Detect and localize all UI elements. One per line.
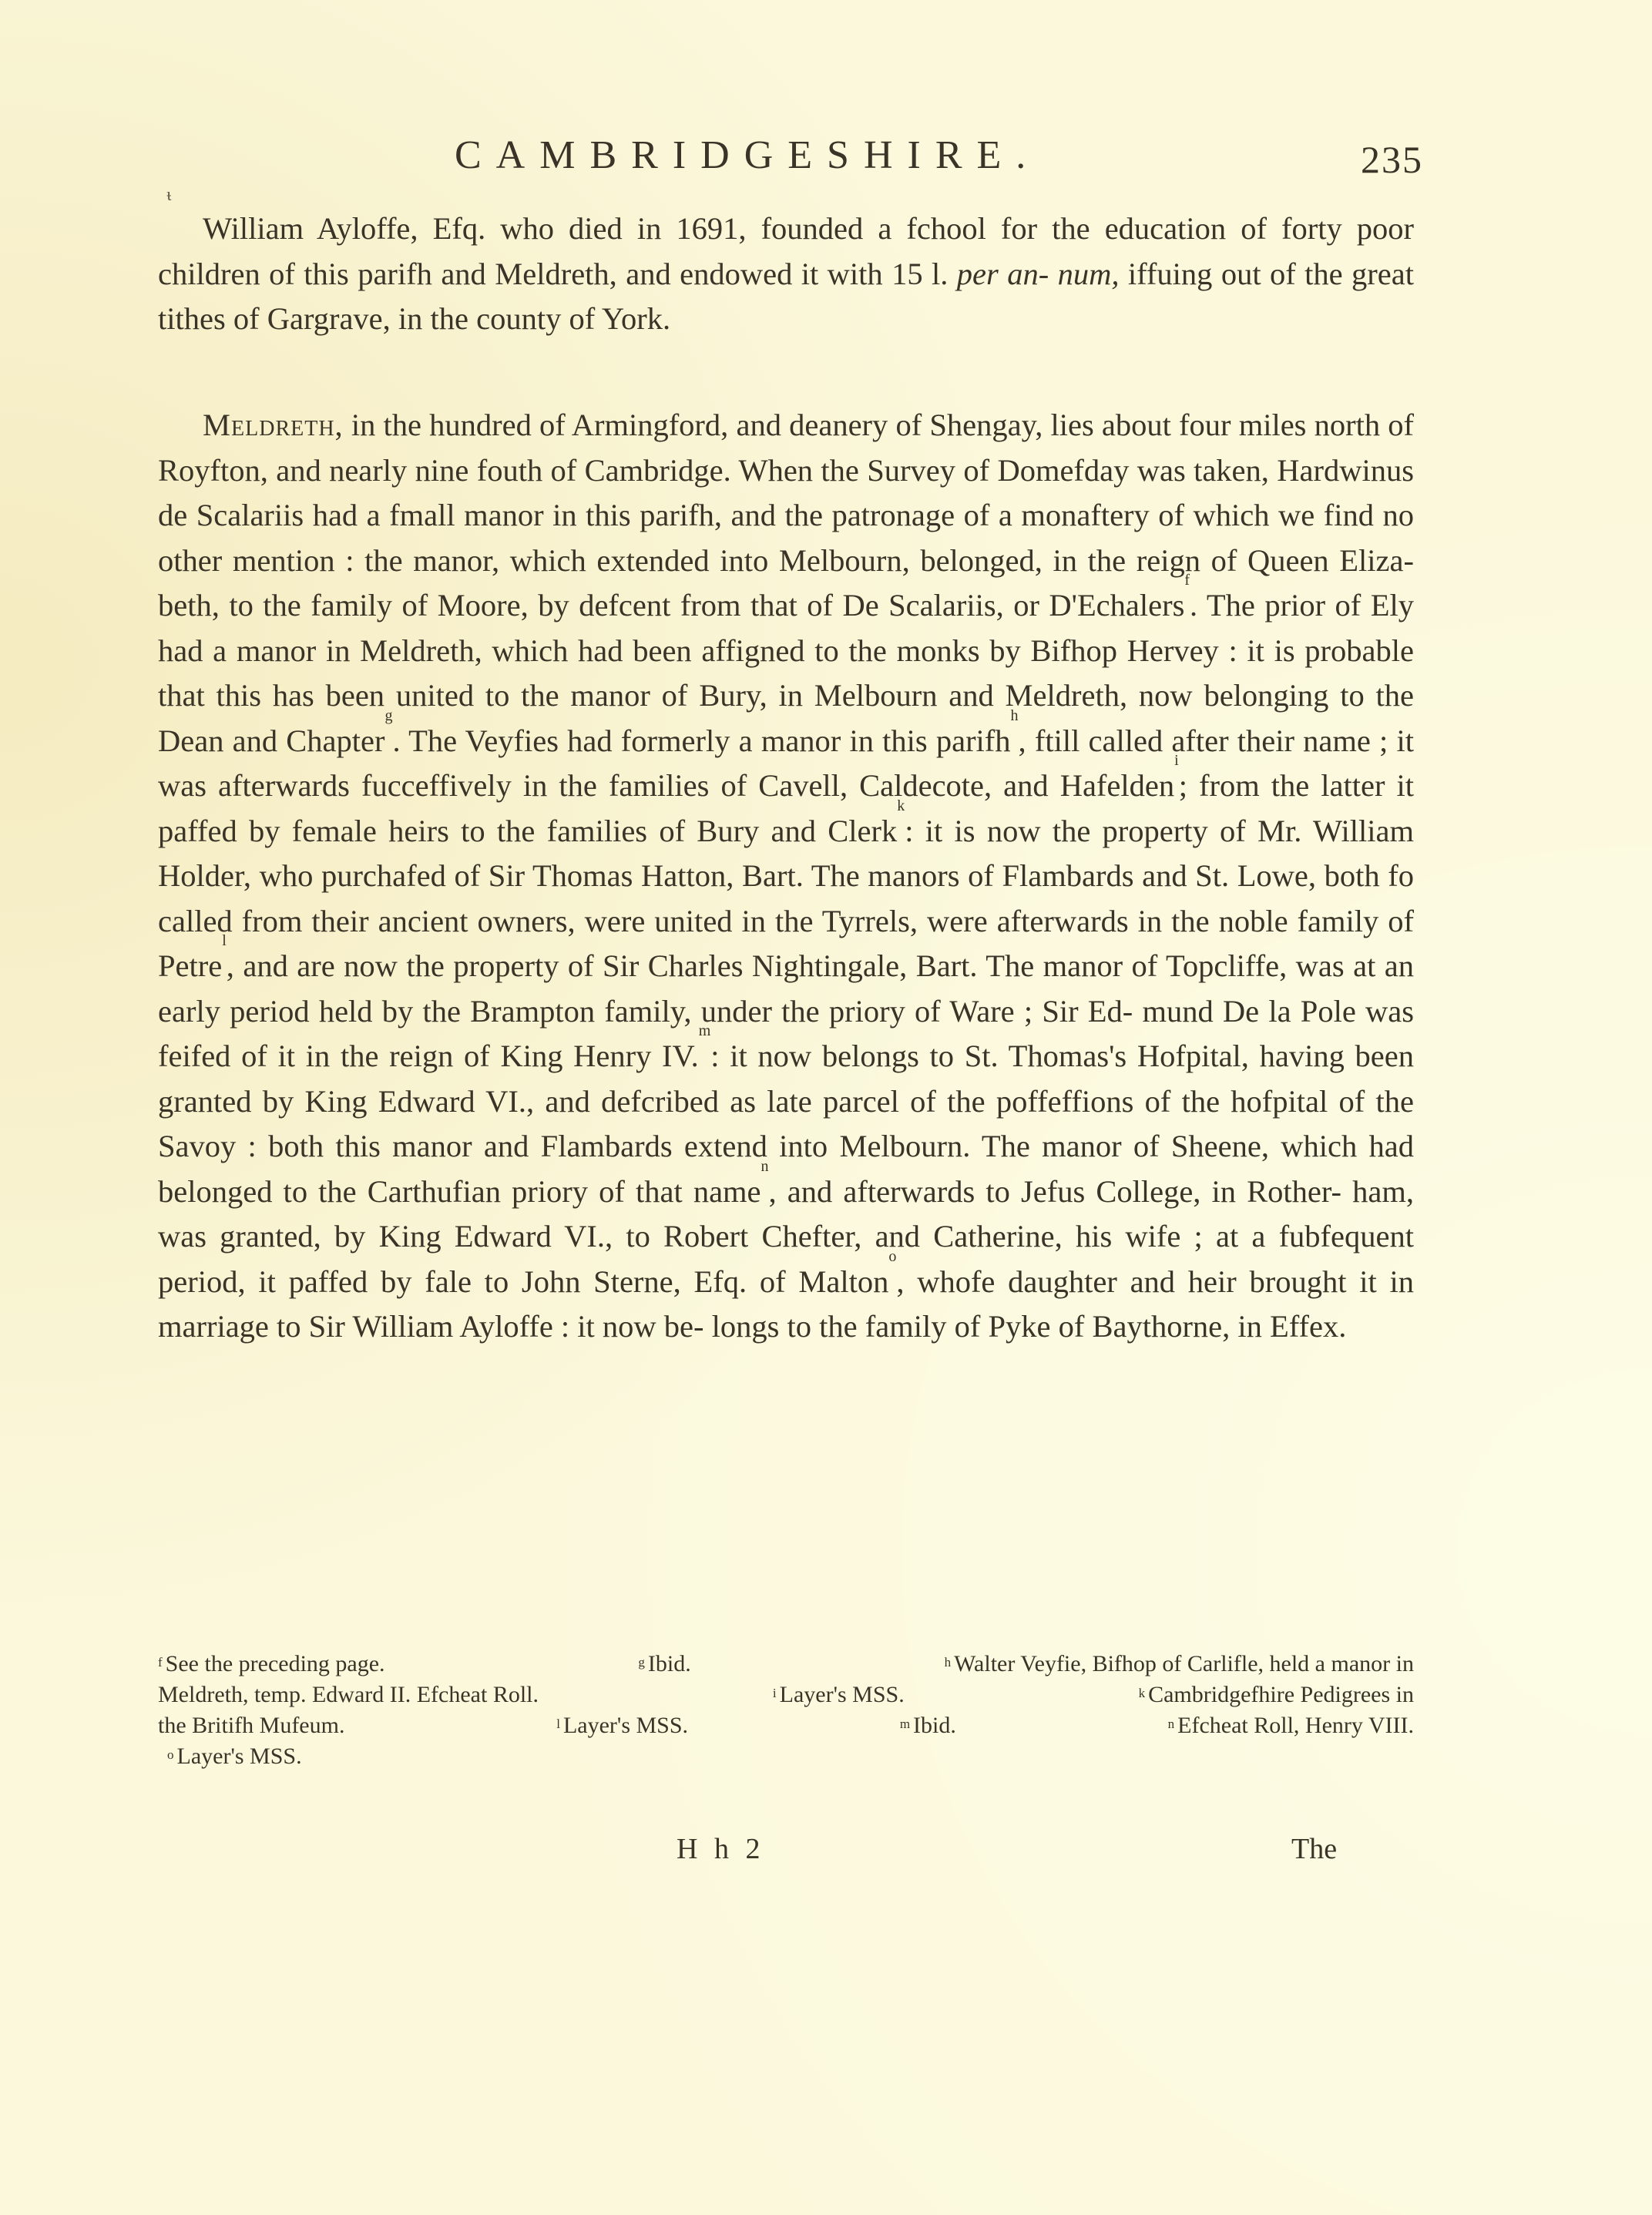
footnote-text: Layer's MSS. <box>563 1713 688 1738</box>
footnote-line-2: Meldreth, temp. Edward II. Efcheat Roll.… <box>158 1680 1414 1710</box>
footnote-k: kCambridgefhire Pedigrees in <box>1139 1680 1414 1710</box>
footnote-text: Layer's MSS. <box>177 1743 302 1769</box>
footnote-ref-g[interactable]: g <box>385 707 393 724</box>
footnote-text: Cambridgefhire Pedigrees in <box>1148 1682 1414 1707</box>
place-heading-meldreth: Meldreth, <box>203 408 344 442</box>
signature-mark: H h 2 <box>677 1832 764 1866</box>
running-head: CAMBRIDGESHIRE. <box>455 133 1040 178</box>
footnote-text: See the preceding page. <box>166 1651 385 1676</box>
footnote-ref-m[interactable]: m <box>699 1022 711 1039</box>
footnote-i: iLayer's MSS. <box>773 1680 905 1710</box>
footnote-n: nEfcheat Roll, Henry VIII. <box>1168 1710 1414 1741</box>
footnote-text: Walter Veyfie, Bifhop of Carlifle, held … <box>954 1651 1414 1676</box>
catchword: The <box>1291 1832 1337 1866</box>
footnote-k-continued: the Britifh Mufeum. <box>158 1710 344 1741</box>
footnote-mark: g <box>638 1655 645 1670</box>
footnote-ref-f[interactable]: f <box>1184 572 1190 589</box>
footnote-text: Layer's MSS. <box>780 1682 905 1707</box>
paragraph-meldreth: Meldreth, in the hundred of Armingford, … <box>158 403 1414 1350</box>
footnote-mark: h <box>945 1655 952 1670</box>
footnote-h: hWalter Veyfie, Bifhop of Carlifle, held… <box>945 1649 1414 1680</box>
footnote-mark: o <box>167 1747 174 1762</box>
footnote-text: Ibid. <box>648 1651 691 1676</box>
footnote-mark: l <box>556 1717 560 1731</box>
footnotes: fSee the preceding page. gIbid. hWalter … <box>158 1649 1414 1772</box>
footnote-ref-o[interactable]: o <box>888 1248 896 1265</box>
footnote-h-continued: Meldreth, temp. Edward II. Efcheat Roll. <box>158 1680 539 1710</box>
footnote-mark: f <box>158 1655 163 1670</box>
footnote-text: the Britifh Mufeum. <box>158 1713 344 1738</box>
footnote-g: gIbid. <box>638 1649 690 1680</box>
footnote-line-1: fSee the preceding page. gIbid. hWalter … <box>158 1649 1414 1680</box>
footnote-o: oLayer's MSS. <box>167 1741 302 1772</box>
footnote-f: fSee the preceding page. <box>158 1649 385 1680</box>
footnote-mark: i <box>773 1686 777 1700</box>
footnote-mark: k <box>1139 1686 1146 1700</box>
footnote-text: Ibid. <box>913 1713 956 1738</box>
page-number: 235 <box>1361 137 1423 182</box>
paragraph-ayloffe-school: William Ayloffe, Efq. who died in 1691, … <box>158 206 1414 342</box>
footnote-line-3: the Britifh Mufeum. lLayer's MSS. mIbid.… <box>158 1710 1414 1741</box>
footnote-mark: m <box>900 1717 910 1731</box>
footnote-ref-n[interactable]: n <box>761 1158 769 1175</box>
stray-ink-mark: ᵼ <box>166 185 171 206</box>
footnote-ref-k[interactable]: k <box>897 797 905 814</box>
spacer <box>302 1741 1414 1772</box>
footnote-ref-l[interactable]: l <box>222 932 227 949</box>
footnote-line-4: oLayer's MSS. <box>158 1741 1414 1772</box>
book-page: CAMBRIDGESHIRE. 235 ᵼ William Ayloffe, E… <box>0 0 1652 2215</box>
footnote-ref-i[interactable]: i <box>1174 752 1179 769</box>
footnote-m: mIbid. <box>900 1710 956 1741</box>
footnote-text: Meldreth, temp. Edward II. Efcheat Roll. <box>158 1682 539 1707</box>
footnote-ref-h[interactable]: h <box>1011 707 1019 724</box>
paragraph-text: . The Veyfies had formerly a manor in th… <box>393 723 1011 758</box>
footnote-l: lLayer's MSS. <box>556 1710 688 1741</box>
italic-per-annum: per an- num, <box>957 257 1120 291</box>
footnote-mark: n <box>1168 1717 1175 1731</box>
footnote-text: Efcheat Roll, Henry VIII. <box>1177 1713 1414 1738</box>
